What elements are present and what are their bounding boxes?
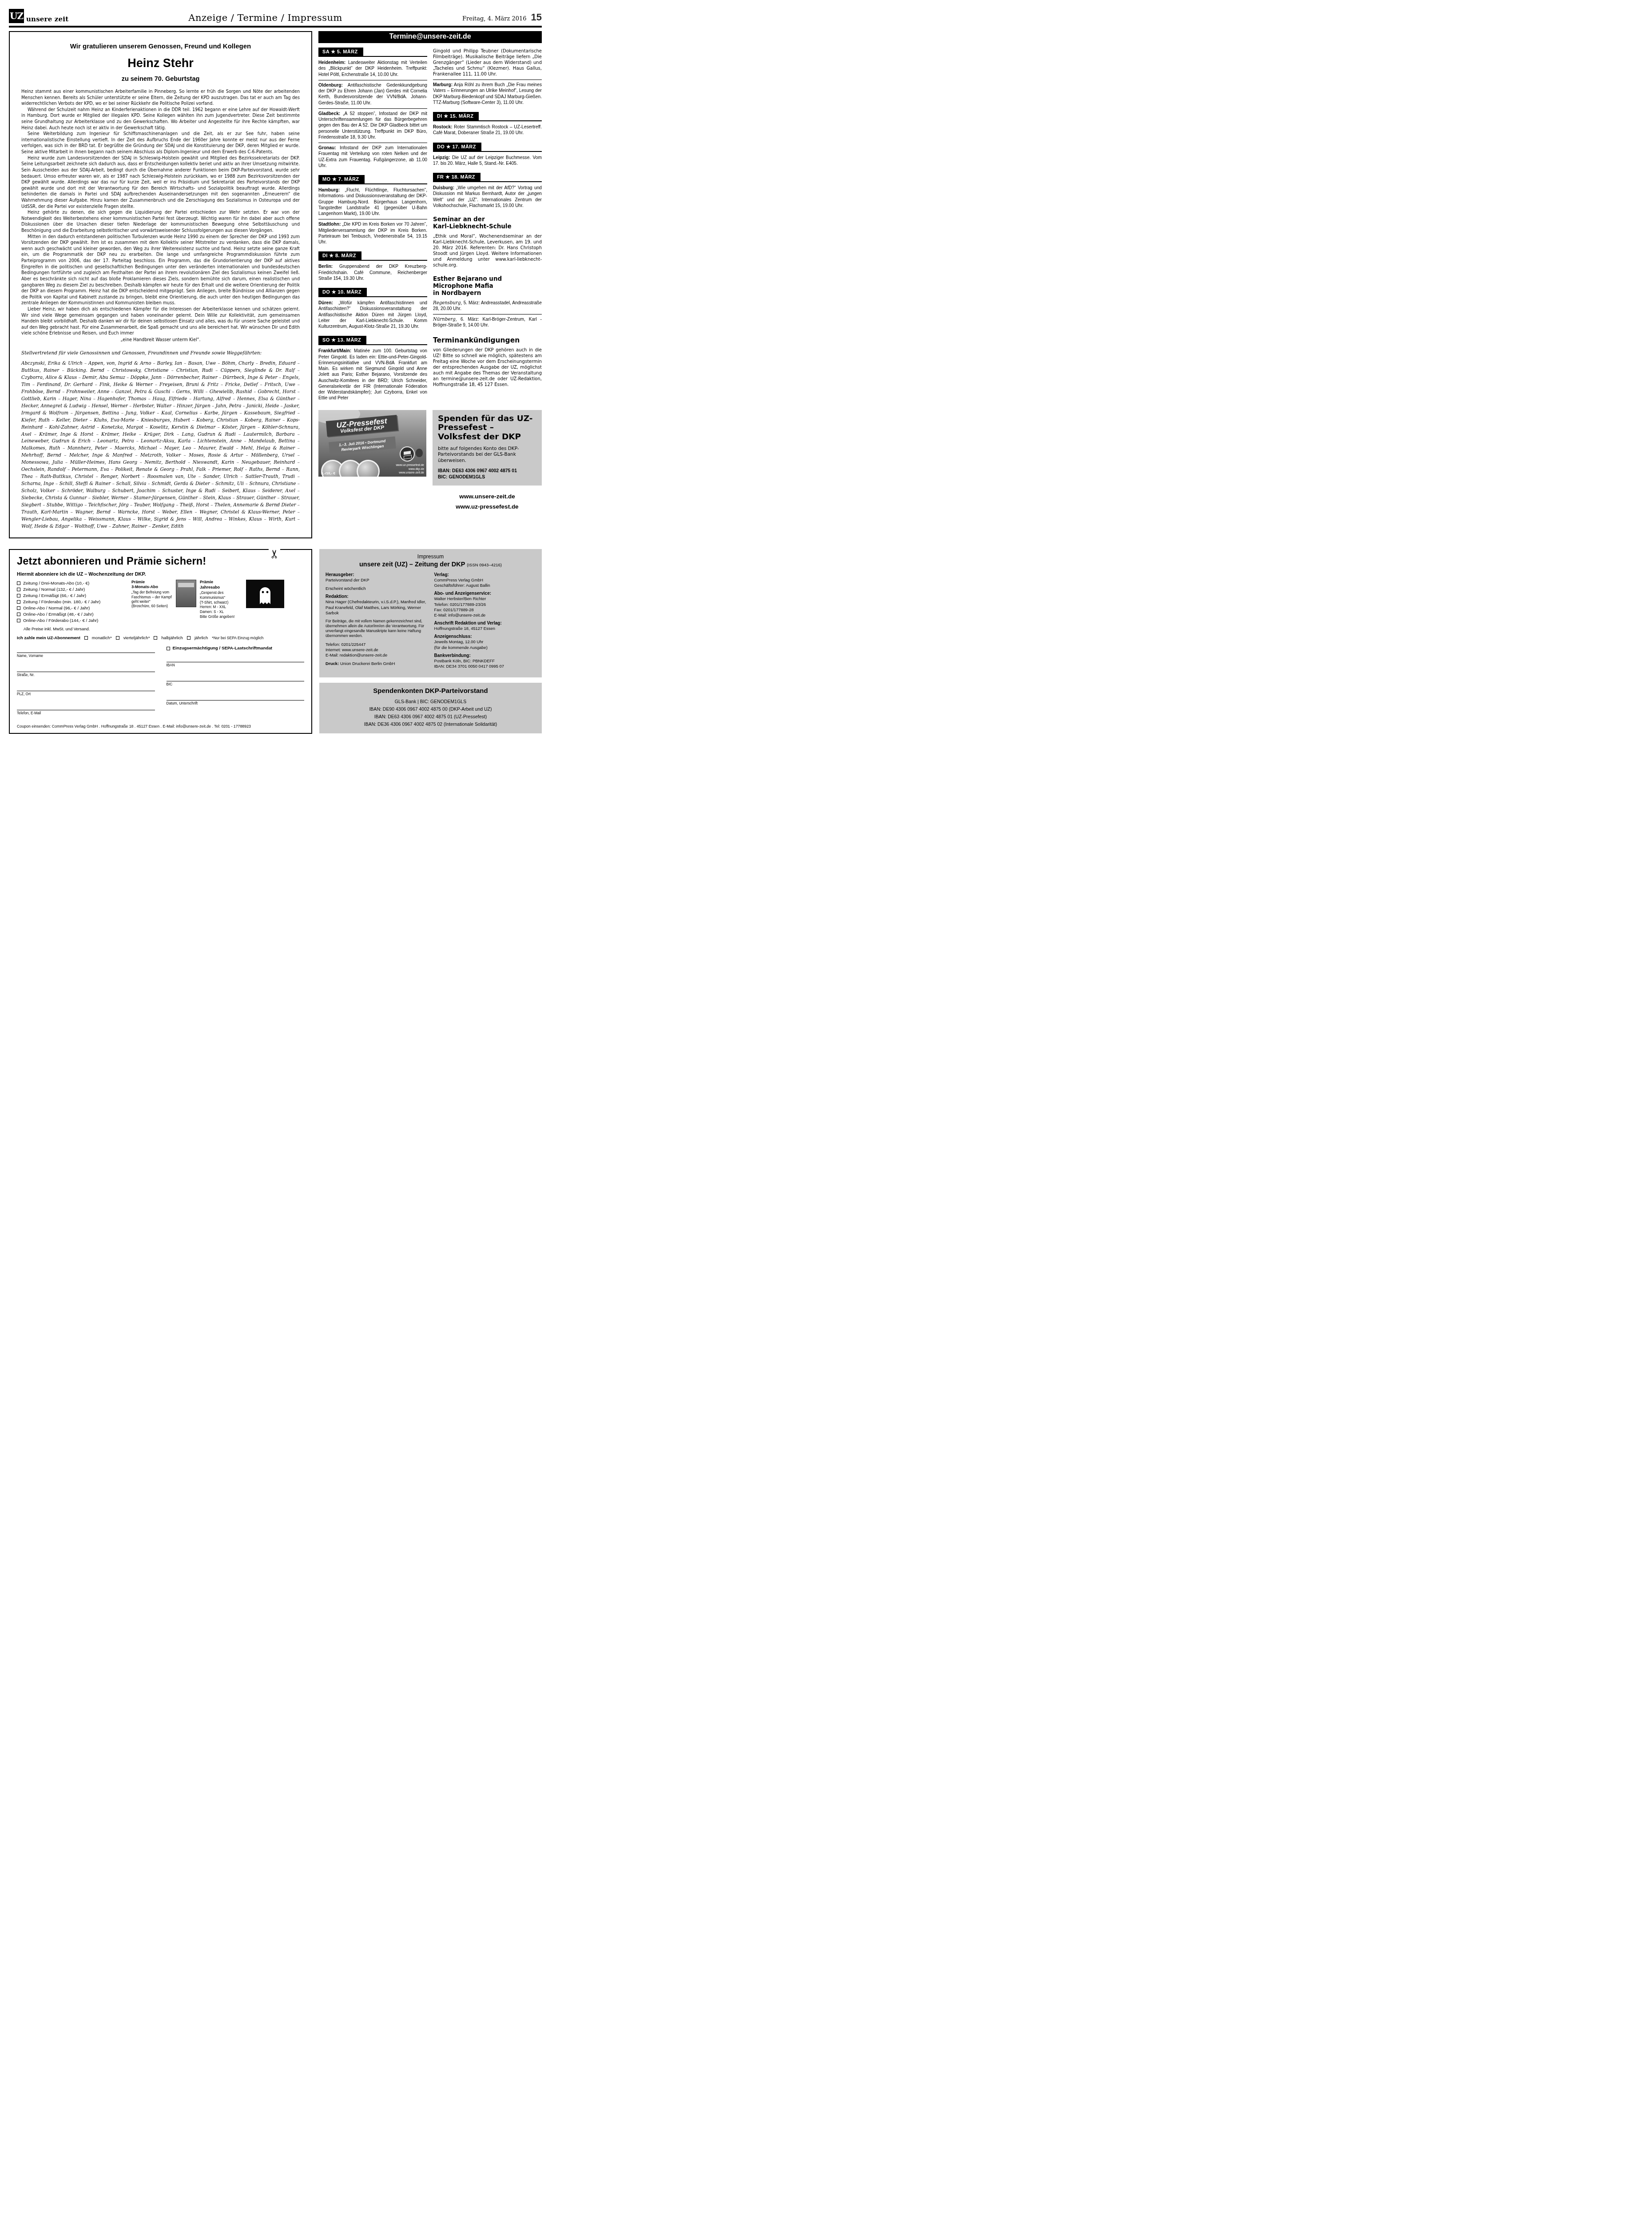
praemie-sizes-herren: Herren: M - XXL: [200, 605, 226, 609]
sepa-label: Einzugsermächtigung / SEPA-Lastschriftma…: [173, 646, 273, 651]
impressum-block: Anschrift Redaktion und Verlag:Hoffnungs…: [434, 621, 536, 631]
option-label: Zeitung / Drei-Monats-Abo (10,- €): [23, 581, 89, 586]
page-number: 15: [531, 12, 542, 23]
header-rule: [9, 26, 542, 28]
praemie-size-note: Bitte Größe angeben!: [200, 615, 234, 619]
option-checkbox[interactable]: [17, 613, 20, 616]
impressum-block: Bankverbindung:Postbank Köln, BIC: PBNKD…: [434, 653, 536, 669]
impressum-line: CommPress Verlag GmbH: [434, 577, 536, 583]
termine-entry: Frankfurt/Main: Matinée zum 100. Geburts…: [318, 347, 427, 403]
impressum-line: Hoffnungstraße 18, 45127 Essen: [434, 626, 536, 631]
impressum-heading: Abo- und Anzeigenservice:: [434, 591, 536, 596]
impressum-block: Telefon: 0201/225447Internet: www.unsere…: [326, 642, 427, 658]
option-label: Online-Abo / Normal (96,- € / Jahr): [23, 606, 90, 611]
termine-day-label: SA ★ 5. MÄRZ: [318, 48, 363, 56]
spendenkonten-iban1: IBAN: DE90 4306 0967 4002 4875 00 (DKP-A…: [325, 706, 536, 713]
pay-option-checkbox[interactable]: [84, 636, 88, 640]
impressum-heading: Anzeigenschluss:: [434, 634, 536, 639]
article-paragraph: Während der Schulzeit nahm Heinz an Kind…: [21, 107, 300, 131]
ad-url-dkp: www.dkp.de: [409, 468, 424, 471]
termine-day-bar: SA ★ 5. MÄRZ: [318, 48, 427, 57]
termine-entry: Berlin: Gruppenabend der DKP Kreuzberg-F…: [318, 263, 427, 284]
impressum-heading: Verlag:: [434, 573, 536, 577]
article-paragraph: Heinz gehörte zu denen, die sich gegen d…: [21, 210, 300, 234]
impressum-line: Telefon: 0201/225447: [326, 642, 427, 647]
impressum-line: E-Mail: info@unsere-zeit.de: [434, 613, 536, 618]
impressum-left-column: Herausgeber:Parteivorstand der DKPErsche…: [326, 573, 427, 672]
termine-day-label: SO ★ 13. MÄRZ: [318, 336, 366, 344]
termine-day-bar: DI ★ 8. MÄRZ: [318, 251, 427, 261]
termine-entry: Gladbeck: „A 52 stoppen“, Infostand der …: [318, 110, 427, 143]
impressum-paper-name: unsere zeit (UZ) – Zeitung der DKP: [359, 561, 465, 568]
spenden-box: Spenden für das UZ-Pressefest – Volksfes…: [433, 410, 542, 486]
option-checkbox[interactable]: [17, 619, 20, 622]
impressum-line: Internet: www.unsere-zeit.de: [326, 647, 427, 653]
termine-entry-city: Regensburg,: [433, 301, 462, 306]
spenden-body: bitte auf folgendes Konto des DKP-Partei…: [438, 446, 536, 464]
termine-entry-city: Stadtlohn:: [318, 222, 341, 227]
impressum-title: Impressum: [326, 553, 536, 560]
termine-entry: Düren: „Wofür kämpfen Antifaschistinnen …: [318, 299, 427, 332]
termine-column: Termine@unsere-zeit.de SA ★ 5. MÄRZHeide…: [318, 31, 542, 512]
ad-price: 5,-/10,- €: [321, 471, 335, 475]
article-body: Heinz stammt aus einer kommunistischen A…: [21, 89, 300, 337]
form-field-label: Name, Vorname: [17, 654, 155, 658]
pay-option-label: vierteljährlich*: [123, 636, 150, 641]
termine-entry: Regensburg, 5. März: Andreasstadel, Andr…: [433, 299, 542, 315]
praemie-3monats-quote: „Tag der Befreiung vom Faschismus – der …: [131, 590, 172, 604]
termine-text: von Gliederungen der DKP gehören auch in…: [433, 346, 542, 390]
termine-entry-city: Düren:: [318, 301, 333, 306]
pay-option-checkbox[interactable]: [154, 636, 157, 640]
ad-urls: www.uz-pressefest.de www.dkp.de www.unse…: [396, 464, 424, 475]
termine-entry-city: Heidenheim:: [318, 60, 345, 65]
spendenkonten-iban2: IBAN: DE63 4306 0967 4002 4875 01 (UZ-Pr…: [325, 713, 536, 721]
termine-text: „Ethik und Moral“, Wochenendseminar an d…: [433, 233, 542, 271]
article-representative-line: Stellvertretend für viele Genossinnen un…: [21, 350, 300, 356]
termine-entry: Leipzig: Die UZ auf der Leipziger Buchme…: [433, 154, 542, 169]
pay-option-label: jährlich: [195, 636, 208, 641]
form-field: PLZ, Ort: [17, 684, 155, 696]
spenden-bic-line: BIC: GENODEM1GLS: [438, 474, 536, 480]
impressum-block: Abo- und Anzeigenservice:Walter Herbster…: [434, 591, 536, 618]
pay-option-label: halbjährlich: [161, 636, 183, 641]
termine-entry-city: Duisburg:: [433, 186, 454, 191]
termine-entry-city: Leipzig:: [433, 155, 450, 160]
impressum-smallprint: Für Beiträge, die mit vollem Namen geken…: [326, 619, 427, 639]
termine-text: Gingold und Philipp Teubner (Dokumentari…: [433, 48, 542, 80]
impressum-heading: Herausgeber:: [326, 573, 427, 577]
subscription-option: Zeitung / Normal (132,- € / Jahr): [17, 587, 128, 592]
form-field-label: BIC: [167, 682, 305, 686]
impressum-line: Druck: Union Druckerei Berlin GmbH: [326, 661, 427, 667]
termine-day-bar: DO ★ 10. MÄRZ: [318, 288, 427, 297]
price-note: Alle Preise inkl. MwSt. und Versand.: [17, 627, 304, 631]
praemie-3monats-note: (Broschüre, 60 Seiten): [131, 604, 168, 608]
termine-day-label: DI ★ 8. MÄRZ: [318, 251, 361, 260]
termine-entry: Heidenheim: Landesweiter Aktionstag mit …: [318, 59, 427, 80]
spenden-iban-line: IBAN: DE63 4306 0967 4002 4875 01: [438, 468, 536, 474]
newspaper-page: UZ unsere zeit Anzeige / Termine / Impre…: [0, 0, 551, 745]
form-field-label: Straße, Nr.: [17, 673, 155, 677]
spendenkonten-bank: GLS-Bank | BIC: GENODEM1GLS: [325, 698, 536, 706]
praemie-3monats-title: Prämie3-Monats-Abo: [131, 580, 172, 590]
antifa-logo-icon: [400, 446, 415, 462]
impressum-line: Nina Hager (Chefredakteurin, v.i.S.d.P.)…: [326, 599, 427, 616]
uz-pressefest-ad: UZ-Pressefest Volksfest der DKP 1.–3. Ju…: [318, 410, 426, 477]
termine-entry: Gronau: Infostand der DKP zum Internatio…: [318, 144, 427, 171]
termine-section-heading: Terminankündigungen: [433, 336, 542, 344]
form-input-line[interactable]: [167, 655, 305, 662]
congratulation-ad: Wir gratulieren unserem Genossen, Freund…: [9, 31, 312, 538]
url-unsere-zeit: www.unsere-zeit.de: [433, 492, 542, 502]
article-paragraph: Heinz wurde zum Landesvorsitzenden der S…: [21, 155, 300, 210]
spenden-urls: www.unsere-zeit.de www.uz-pressefest.de: [433, 492, 542, 512]
article-closing-quote: „eine Handbreit Wasser unterm Kiel“.: [21, 338, 300, 342]
balloon-icon: [416, 449, 423, 457]
ad-url-pressefest: www.uz-pressefest.de: [396, 464, 424, 467]
form-field-label: IBAN: [167, 663, 305, 667]
tshirt-image: [246, 580, 284, 608]
option-checkbox[interactable]: [17, 588, 20, 591]
congratulants-names: Abczynski, Erika & Ulrich – Appen, von, …: [21, 360, 300, 530]
termine-entry: Stadtlohn: „Die KPD im Kreis Borken vor …: [318, 221, 427, 247]
option-checkbox[interactable]: [17, 600, 20, 604]
termine-entry: Duisburg: „Wie umgehen mit der AfD?“ Vor…: [433, 184, 542, 211]
termine-entry: Hamburg: „Flucht, Flüchtlinge, Fluchturs…: [318, 187, 427, 219]
coupon-subtitle: Hiermit abonniere ich die UZ – Wochenzei…: [17, 572, 304, 577]
impressum-subtitle: unsere zeit (UZ) – Zeitung der DKP (ISSN…: [326, 561, 536, 568]
option-checkbox[interactable]: [17, 594, 20, 597]
termine-section-heading: Esther Bejarano undMicrophone Mafiain No…: [433, 276, 542, 297]
form-field-label: PLZ, Ort: [17, 692, 155, 696]
article-paragraph: Lieber Heinz, wir haben dich als entschi…: [21, 306, 300, 337]
subscription-option: Online-Abo / Ermäßigt (48,- € / Jahr): [17, 612, 128, 617]
termine-day-label: FR ★ 18. MÄRZ: [433, 173, 481, 181]
praemie-jahresabo-title: PrämieJahresabo: [200, 580, 242, 590]
article-paragraph: Mitten in den dadurch entstandenen polit…: [21, 234, 300, 306]
header-right: Freitag, 4. März 2016 15: [462, 12, 542, 23]
form-field: IBAN: [167, 655, 305, 667]
impressum-right-column: Verlag:CommPress Verlag GmbHGeschäftsfüh…: [434, 573, 536, 672]
spendenkonten-title: Spendenkonten DKP-Parteivorstand: [325, 687, 536, 695]
masthead-name: unsere zeit: [26, 15, 68, 23]
impressum-heading: Bankverbindung:: [434, 653, 536, 658]
form-input-line[interactable]: [17, 703, 155, 710]
impressum-heading: Redaktion:: [326, 594, 427, 599]
form-field-label: Telefon, E-Mail: [17, 711, 155, 715]
subscription-option: Zeitung / Förderabo (min. 180,- € / Jahr…: [17, 600, 128, 605]
praemie-zone: Prämie3-Monats-Abo „Tag der Befreiung vo…: [131, 580, 304, 625]
impressum-line: Telefon: 0201/177889-23/26: [434, 602, 536, 607]
termine-entry: Oldenburg: Antifaschistische Gedenkkundg…: [318, 82, 427, 109]
impressum-line: Postbank Köln, BIC: PBNKDEFF: [434, 658, 536, 664]
termine-day-label: DO ★ 10. MÄRZ: [318, 288, 367, 296]
termine-subcolumn-left: SA ★ 5. MÄRZHeidenheim: Landesweiter Akt…: [318, 48, 427, 404]
impressum-block: Anzeigenschluss:Jeweils Montag, 12.00 Uh…: [434, 634, 536, 650]
subscription-coupon: ✂ Jetzt abonnieren und Prämie sichern! H…: [9, 549, 312, 734]
option-label: Zeitung / Förderabo (min. 180,- € / Jahr…: [23, 600, 100, 605]
article-paragraph: Seine Weiterbildung zum Ingenieur für Sc…: [21, 131, 300, 155]
praemie-jahresabo-quote: „Gespenst des Kommunismus“: [200, 591, 225, 600]
uz-logo: UZ: [9, 9, 24, 23]
spendenkonten-iban3: IBAN: DE36 4306 0967 4002 4875 02 (Inter…: [325, 721, 536, 728]
url-uz-pressefest: www.uz-pressefest.de: [433, 502, 542, 512]
pay-note: *Nur bei SEPA Einzug möglich: [212, 636, 263, 640]
impressum-line: Fax: 0201/177889-28: [434, 607, 536, 613]
bank-fields: IBANBICDatum, Unterschrift: [167, 655, 305, 705]
impressum-line: Geschäftsführer: August Ballin: [434, 583, 536, 588]
termine-day-bar: MO ★ 7. MÄRZ: [318, 175, 427, 184]
form-input-line[interactable]: [167, 674, 305, 681]
termine-day-bar: FR ★ 18. MÄRZ: [433, 173, 542, 182]
form-field: Telefon, E-Mail: [17, 703, 155, 715]
article-subtitle: zu seinem 70. Geburtstag: [21, 76, 300, 83]
termine-entry-city: Nürnberg,: [433, 317, 457, 322]
subscription-option: Online-Abo / Normal (96,- € / Jahr): [17, 606, 128, 611]
coupon-title: Jetzt abonnieren und Prämie sichern!: [17, 555, 304, 567]
pay-option-checkbox[interactable]: [187, 636, 191, 640]
praemie-jahresabo-note: (T-Shirt, schwarz): [200, 601, 228, 605]
termine-day-label: DO ★ 17. MÄRZ: [433, 143, 481, 151]
scissors-icon: ✂: [269, 548, 280, 560]
termine-entry-city: Rostock:: [433, 125, 453, 130]
form-field: Straße, Nr.: [17, 665, 155, 677]
form-field: Name, Vorname: [17, 646, 155, 658]
article-paragraph: Heinz stammt aus einer kommunistischen A…: [21, 89, 300, 107]
article-honoree-name: Heinz Stehr: [21, 56, 300, 70]
option-label: Online-Abo / Förderabo (144,- € / Jahr): [23, 618, 98, 623]
option-label: Zeitung / Normal (132,- € / Jahr): [23, 587, 85, 592]
coupon-footer: Coupon einsenden: CommPress Verlag GmbH …: [17, 724, 304, 728]
praemie-3monats-caption: Prämie3-Monats-Abo „Tag der Befreiung vo…: [131, 580, 172, 625]
subscription-options: Zeitung / Drei-Monats-Abo (10,- €)Zeitun…: [17, 580, 128, 625]
option-label: Zeitung / Ermäßigt (66,- € / Jahr): [23, 593, 86, 598]
termine-entry-city: Oldenburg:: [318, 83, 343, 88]
termine-entry-city: Gladbeck:: [318, 111, 340, 116]
payment-interval-row: Ich zahle mein UZ-Abonnementmonatlich*vi…: [17, 636, 304, 641]
pay-option-checkbox[interactable]: [116, 636, 119, 640]
termine-entry-city: Berlin:: [318, 264, 333, 269]
address-fields: Name, VornameStraße, Nr.PLZ, OrtTelefon,…: [17, 646, 155, 722]
impressum-box: Impressum unsere zeit (UZ) – Zeitung der…: [319, 549, 542, 677]
impressum-line: Erscheint wöchentlich: [326, 586, 427, 591]
impressum-line: E-Mail: redaktion@unsere-zeit.de: [326, 653, 427, 658]
termine-entry-city: Hamburg:: [318, 188, 340, 193]
form-field: BIC: [167, 674, 305, 686]
spendenkonten-box: Spendenkonten DKP-Parteivorstand GLS-Ban…: [319, 683, 542, 733]
impressum-stack: Impressum unsere zeit (UZ) – Zeitung der…: [319, 549, 542, 734]
termine-title-bar: Termine@unsere-zeit.de: [318, 31, 542, 43]
subscription-option: Zeitung / Drei-Monats-Abo (10,- €): [17, 581, 128, 586]
issue-date: Freitag, 4. März 2016: [462, 16, 527, 23]
form-input-line[interactable]: [17, 684, 155, 691]
impressum-line: Jeweils Montag, 12.00 Uhr: [434, 639, 536, 645]
impressum-block: Druck: Union Druckerei Berlin GmbH: [326, 661, 427, 667]
termine-day-label: MO ★ 7. MÄRZ: [318, 175, 365, 183]
impressum-block: Redaktion:Nina Hager (Chefredakteurin, v…: [326, 594, 427, 616]
impressum-line: Walter Herbster/Ben Richter: [434, 596, 536, 601]
termine-entry: Marburg: Anja Röhl zu ihrem Buch „Die Fr…: [433, 81, 542, 108]
impressum-block: Herausgeber:Parteivorstand der DKP: [326, 573, 427, 583]
spenden-block: Spenden für das UZ-Pressefest – Volksfes…: [433, 410, 542, 512]
termine-day-bar: DO ★ 17. MÄRZ: [433, 143, 542, 152]
option-label: Online-Abo / Ermäßigt (48,- € / Jahr): [23, 612, 93, 617]
praemie-jahresabo-caption: PrämieJahresabo „Gespenst des Kommunismu…: [200, 580, 242, 625]
termine-entry: Rostock: Roter Stammtisch Rostock – UZ-L…: [433, 123, 542, 139]
form-input-line[interactable]: [17, 665, 155, 672]
spenden-iban: IBAN: DE63 4306 0967 4002 4875 01 BIC: G…: [438, 468, 536, 480]
termine-entry-city: Marburg:: [433, 83, 453, 88]
option-checkbox[interactable]: [17, 606, 20, 610]
form-input-line[interactable]: [167, 693, 305, 701]
page-header: UZ unsere zeit Anzeige / Termine / Impre…: [9, 6, 542, 26]
termine-entry-city: Gronau:: [318, 146, 336, 151]
brochure-image: [176, 580, 196, 607]
termine-section-heading: Seminar an derKarl-Liebknecht-Schule: [433, 216, 542, 231]
ad-url-uz: www.unsere-zeit.de: [399, 471, 424, 474]
impressum-block: Für Beiträge, die mit vollem Namen geken…: [326, 619, 427, 639]
termine-day-label: DI ★ 15. MÄRZ: [433, 112, 479, 120]
subscription-option: Online-Abo / Förderabo (144,- € / Jahr): [17, 618, 128, 623]
pay-option-label: monatlich*: [92, 636, 112, 641]
impressum-block: Verlag:CommPress Verlag GmbHGeschäftsfüh…: [434, 573, 536, 588]
termine-day-bar: SO ★ 13. MÄRZ: [318, 336, 427, 345]
impressum-line: (für die kommende Ausgabe): [434, 645, 536, 650]
article-intro: Wir gratulieren unserem Genossen, Freund…: [21, 43, 300, 50]
sepa-mandate-row: Einzugsermächtigung / SEPA-Lastschriftma…: [167, 646, 305, 651]
impressum-issn: (ISSN 0943–4216): [467, 563, 502, 568]
form-field-label: Datum, Unterschrift: [167, 701, 305, 705]
spenden-title: Spenden für das UZ-Pressefest – Volksfes…: [438, 414, 536, 442]
pay-prefix: Ich zahle mein UZ-Abonnement: [17, 636, 80, 641]
impressum-line: IBAN: DE34 3701 0050 0417 0995 07: [434, 664, 536, 669]
sepa-checkbox[interactable]: [167, 647, 170, 650]
sepa-fields: Einzugsermächtigung / SEPA-Lastschriftma…: [167, 646, 305, 722]
impressum-heading: Anschrift Redaktion und Verlag:: [434, 621, 536, 626]
subscription-option: Zeitung / Ermäßigt (66,- € / Jahr): [17, 593, 128, 598]
ad-date-ribbon: 1.–3. Juli 2016 • Dortmund Revierpark Wi…: [329, 436, 396, 454]
section-title: Anzeige / Termine / Impressum: [188, 12, 342, 23]
form-input-line[interactable]: [17, 646, 155, 653]
termine-entry: Nürnberg, 6. März: Karl-Bröger-Zentrum, …: [433, 316, 542, 331]
ghost-graphic: [256, 585, 274, 604]
masthead: UZ unsere zeit: [9, 9, 68, 23]
termine-day-bar: DI ★ 15. MÄRZ: [433, 112, 542, 121]
form-field: Datum, Unterschrift: [167, 693, 305, 705]
praemie-sizes-damen: Damen: S - XL: [200, 610, 224, 614]
termine-subcolumn-right: Gingold und Philipp Teubner (Dokumentari…: [433, 48, 542, 404]
termine-entry-city: Frankfurt/Main:: [318, 349, 351, 354]
impressum-line: Parteivorstand der DKP: [326, 577, 427, 583]
option-checkbox[interactable]: [17, 581, 20, 585]
impressum-block: Erscheint wöchentlich: [326, 586, 427, 591]
face-photo: [357, 460, 380, 477]
